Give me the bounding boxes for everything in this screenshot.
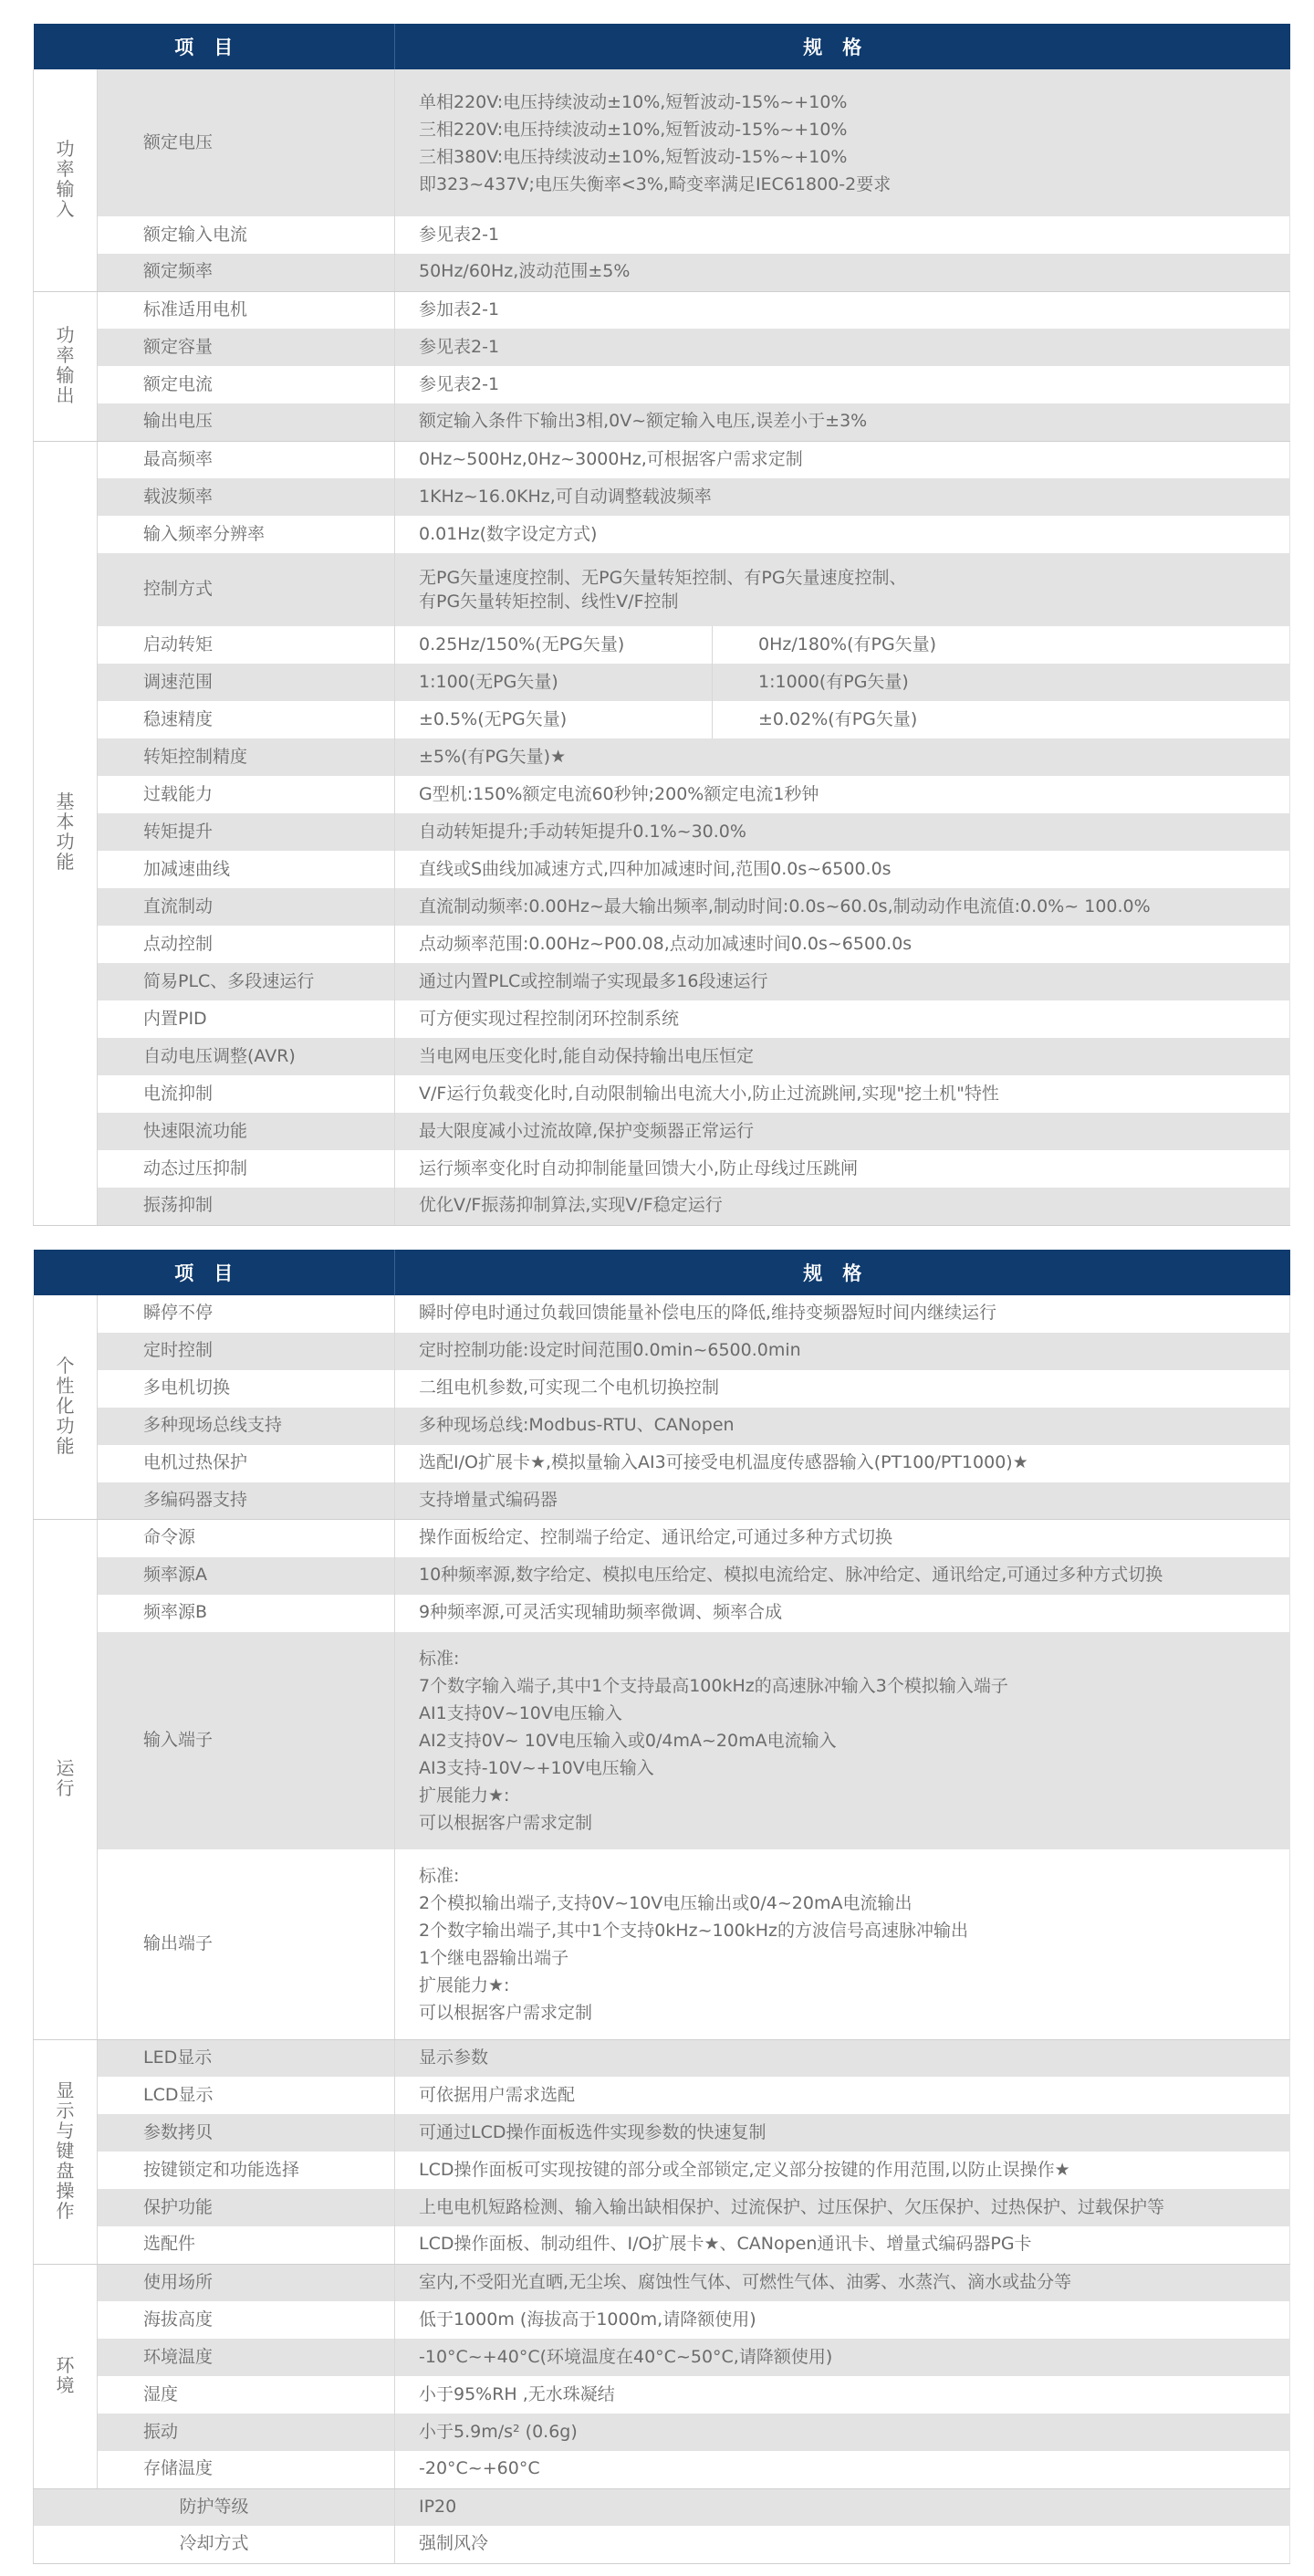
row-label: 启动转矩	[98, 626, 395, 664]
table-row: 功率输入 额定电压 单相220V:电压持续波动±10%,短暂波动-15%~+10…	[34, 69, 1290, 216]
row-label: 最高频率	[98, 441, 395, 478]
row-label: 额定频率	[98, 254, 395, 291]
row-value: 参见表2-1	[395, 329, 1290, 366]
table-row: 频率源B 9种频率源,可灵活实现辅助频率微调、频率合成	[34, 1595, 1290, 1632]
row-label: 转矩控制精度	[98, 738, 395, 776]
row-value: -20°C~+60°C	[395, 2451, 1290, 2488]
row-label: 电机过热保护	[98, 1445, 395, 1482]
row-value: 支持增量式编码器	[395, 1482, 1290, 1520]
row-label: 多种现场总线支持	[98, 1408, 395, 1445]
table-row: 冷却方式 强制风冷	[34, 2526, 1290, 2563]
row-value: 额定输入条件下输出3相,0V~额定输入电压,误差小于±3%	[395, 403, 1290, 441]
row-label: 额定输入电流	[98, 216, 395, 254]
row-value: 参加表2-1	[395, 291, 1290, 329]
row-label: 动态过压抑制	[98, 1150, 395, 1188]
row-label: 使用场所	[98, 2264, 395, 2301]
table-row: 转矩控制精度 ±5%(有PG矢量)★	[34, 738, 1290, 776]
table-row: 控制方式 无PG矢量速度控制、无PG矢量转矩控制、有PG矢量速度控制、 有PG矢…	[34, 553, 1290, 626]
table-row: 直流制动 直流制动频率:0.00Hz~最大输出频率,制动时间:0.0s~60.0…	[34, 888, 1290, 926]
row-value: 参见表2-1	[395, 366, 1290, 403]
row-value-b: 1:1000(有PG矢量)	[713, 664, 1290, 701]
row-value: 小于5.9m/s² (0.6g)	[395, 2414, 1290, 2451]
table-row: 内置PID 可方便实现过程控制闭环控制系统	[34, 1000, 1290, 1038]
row-label: 加减速曲线	[98, 851, 395, 888]
row-value: V/F运行负载变化时,自动限制输出电流大小,防止过流跳闸,实现"挖土机"特性	[395, 1075, 1290, 1113]
row-label: 输入频率分辨率	[98, 516, 395, 553]
row-value: 定时控制功能:设定时间范围0.0min~6500.0min	[395, 1333, 1290, 1370]
row-label: 多编码器支持	[98, 1482, 395, 1520]
table-row: 输入频率分辨率 0.01Hz(数字设定方式)	[34, 516, 1290, 553]
table-row: 功率输出 标准适用电机 参加表2-1	[34, 291, 1290, 329]
row-label: 振动	[98, 2414, 395, 2451]
group-operation: 运行	[34, 1520, 98, 2040]
group-basic-functions: 基本功能	[34, 441, 98, 1225]
table-row: 额定输入电流 参见表2-1	[34, 216, 1290, 254]
row-label: 冷却方式	[34, 2526, 395, 2563]
row-value: 二组电机参数,可实现二个电机切换控制	[395, 1370, 1290, 1408]
row-value: 点动频率范围:0.00Hz~P00.08,点动加减速时间0.0s~6500.0s	[395, 926, 1290, 963]
row-label: 频率源B	[98, 1595, 395, 1632]
table-row: 额定电流 参见表2-1	[34, 366, 1290, 403]
row-value: 参见表2-1	[395, 216, 1290, 254]
header-spec: 规格	[395, 24, 1290, 69]
row-label: 转矩提升	[98, 813, 395, 851]
row-value-a: 0.25Hz/150%(无PG矢量)	[395, 626, 713, 664]
row-label: 选配件	[98, 2226, 395, 2264]
row-label: 过载能力	[98, 776, 395, 813]
row-value: 0Hz~500Hz,0Hz~3000Hz,可根据客户需求定制	[395, 441, 1290, 478]
table-row: 动态过压抑制 运行频率变化时自动抑制能量回馈大小,防止母线过压跳闸	[34, 1150, 1290, 1188]
row-label: 频率源A	[98, 1557, 395, 1595]
row-value: 显示参数	[395, 2039, 1290, 2077]
table-row: 选配件 LCD操作面板、制动组件、I/O扩展卡★、CANopen通讯卡、增量式编…	[34, 2226, 1290, 2264]
row-value: 当电网电压变化时,能自动保持输出电压恒定	[395, 1038, 1290, 1075]
row-value: G型机:150%额定电流60秒钟;200%额定电流1秒钟	[395, 776, 1290, 813]
row-label: 简易PLC、多段速运行	[98, 963, 395, 1000]
table-row: 个性化功能 瞬停不停 瞬时停电时通过负载回馈能量补偿电压的降低,维持变频器短时间…	[34, 1295, 1290, 1333]
row-value: 通过内置PLC或控制端子实现最多16段速运行	[395, 963, 1290, 1000]
row-label: 保护功能	[98, 2189, 395, 2226]
row-label: 稳速精度	[98, 701, 395, 738]
row-value: 直流制动频率:0.00Hz~最大输出频率,制动时间:0.0s~60.0s,制动动…	[395, 888, 1290, 926]
row-value: 低于1000m (海拔高于1000m,请降额使用)	[395, 2301, 1290, 2339]
table-row: 运行 命令源 操作面板给定、控制端子给定、通讯给定,可通过多种方式切换	[34, 1520, 1290, 1557]
row-value: LCD操作面板、制动组件、I/O扩展卡★、CANopen通讯卡、增量式编码器PG…	[395, 2226, 1290, 2264]
row-label: 额定容量	[98, 329, 395, 366]
row-label: 快速限流功能	[98, 1113, 395, 1150]
table-row: 载波频率 1KHz~16.0KHz,可自动调整载波频率	[34, 478, 1290, 516]
table-row: 定时控制 定时控制功能:设定时间范围0.0min~6500.0min	[34, 1333, 1290, 1370]
row-label: 瞬停不停	[98, 1295, 395, 1333]
row-label: 输入端子	[98, 1632, 395, 1849]
table-header: 项目 规格	[34, 1250, 1290, 1295]
row-value: 室内,不受阳光直晒,无尘埃、腐蚀性气体、可燃性气体、油雾、水蒸汽、滴水或盐分等	[395, 2264, 1290, 2301]
table-row: 自动电压调整(AVR) 当电网电压变化时,能自动保持输出电压恒定	[34, 1038, 1290, 1075]
header-item: 项目	[34, 1250, 395, 1295]
row-label: 额定电流	[98, 366, 395, 403]
row-value: LCD操作面板可实现按键的部分或全部锁定,定义部分按键的作用范围,以防止误操作★	[395, 2152, 1290, 2189]
row-value-b: ±0.02%(有PG矢量)	[713, 701, 1290, 738]
row-value: 直线或S曲线加减速方式,四种加减速时间,范围0.0s~6500.0s	[395, 851, 1290, 888]
table-row: 输出端子 标准: 2个模拟输出端子,支持0V~10V电压输出或0/4~20mA电…	[34, 1849, 1290, 2040]
table-row: 频率源A 10种频率源,数字给定、模拟电压给定、模拟电流给定、脉冲给定、通讯给定…	[34, 1557, 1290, 1595]
table-row: 多种现场总线支持 多种现场总线:Modbus-RTU、CANopen	[34, 1408, 1290, 1445]
spec-table-1: 项目 规格 功率输入 额定电压 单相220V:电压持续波动±10%,短暂波动-1…	[33, 24, 1290, 1226]
table-row: 过载能力 G型机:150%额定电流60秒钟;200%额定电流1秒钟	[34, 776, 1290, 813]
table-row: 稳速精度 ±0.5%(无PG矢量) ±0.02%(有PG矢量)	[34, 701, 1290, 738]
row-label: LCD显示	[98, 2077, 395, 2114]
table-row: 保护功能 上电电机短路检测、输入输出缺相保护、过流保护、过压保护、欠压保护、过热…	[34, 2189, 1290, 2226]
row-label: 输出端子	[98, 1849, 395, 2040]
group-custom-functions: 个性化功能	[34, 1295, 98, 1520]
group-power-output: 功率输出	[34, 291, 98, 441]
table-row: 防护等级 IP20	[34, 2488, 1290, 2526]
row-value: 小于95%RH ,无水珠凝结	[395, 2376, 1290, 2414]
table-row: 电机过热保护 选配I/O扩展卡★,模拟量输入AI3可接受电机温度传感器输入(PT…	[34, 1445, 1290, 1482]
table-row: 多电机切换 二组电机参数,可实现二个电机切换控制	[34, 1370, 1290, 1408]
table-header: 项目 规格	[34, 24, 1290, 69]
row-value: 10种频率源,数字给定、模拟电压给定、模拟电流给定、脉冲给定、通讯给定,可通过多…	[395, 1557, 1290, 1595]
table-row: 额定频率 50Hz/60Hz,波动范围±5%	[34, 254, 1290, 291]
row-value: 1KHz~16.0KHz,可自动调整载波频率	[395, 478, 1290, 516]
row-value: 0.01Hz(数字设定方式)	[395, 516, 1290, 553]
row-value: 强制风冷	[395, 2526, 1290, 2563]
row-label: 命令源	[98, 1520, 395, 1557]
table-row: 显示与键盘操作 LED显示 显示参数	[34, 2039, 1290, 2077]
row-value: 上电电机短路检测、输入输出缺相保护、过流保护、过压保护、欠压保护、过热保护、过载…	[395, 2189, 1290, 2226]
row-label: 参数拷贝	[98, 2114, 395, 2152]
row-label: 自动电压调整(AVR)	[98, 1038, 395, 1075]
table-row: 湿度 小于95%RH ,无水珠凝结	[34, 2376, 1290, 2414]
group-display-keyboard: 显示与键盘操作	[34, 2039, 98, 2264]
row-label: 振荡抑制	[98, 1188, 395, 1225]
row-value: 优化V/F振荡抑制算法,实现V/F稳定运行	[395, 1188, 1290, 1225]
row-value: 瞬时停电时通过负载回馈能量补偿电压的降低,维持变频器短时间内继续运行	[395, 1295, 1290, 1333]
row-label: 环境温度	[98, 2339, 395, 2376]
row-label: 额定电压	[98, 69, 395, 216]
row-value: ±5%(有PG矢量)★	[395, 738, 1290, 776]
row-label: 点动控制	[98, 926, 395, 963]
table-row: 调速范围 1:100(无PG矢量) 1:1000(有PG矢量)	[34, 664, 1290, 701]
row-value: 无PG矢量速度控制、无PG矢量转矩控制、有PG矢量速度控制、 有PG矢量转矩控制…	[395, 553, 1290, 626]
table-row: 转矩提升 自动转矩提升;手动转矩提升0.1%~30.0%	[34, 813, 1290, 851]
row-value-b: 0Hz/180%(有PG矢量)	[713, 626, 1290, 664]
table-row: 环境温度 -10°C~+40°C(环境温度在40°C~50°C,请降额使用)	[34, 2339, 1290, 2376]
row-value: -10°C~+40°C(环境温度在40°C~50°C,请降额使用)	[395, 2339, 1290, 2376]
table-row: 环境 使用场所 室内,不受阳光直晒,无尘埃、腐蚀性气体、可燃性气体、油雾、水蒸汽…	[34, 2264, 1290, 2301]
row-value: 最大限度减小过流故障,保护变频器正常运行	[395, 1113, 1290, 1150]
row-label: 标准适用电机	[98, 291, 395, 329]
table-row: LCD显示 可依据用户需求选配	[34, 2077, 1290, 2114]
group-power-input: 功率输入	[34, 69, 98, 291]
table-row: 启动转矩 0.25Hz/150%(无PG矢量) 0Hz/180%(有PG矢量)	[34, 626, 1290, 664]
row-value: 标准: 2个模拟输出端子,支持0V~10V电压输出或0/4~20mA电流输出 2…	[395, 1849, 1290, 2040]
row-label: 载波频率	[98, 478, 395, 516]
row-label: 海拔高度	[98, 2301, 395, 2339]
header-item: 项目	[34, 24, 395, 69]
table-row: 输出电压 额定输入条件下输出3相,0V~额定输入电压,误差小于±3%	[34, 403, 1290, 441]
row-value: 自动转矩提升;手动转矩提升0.1%~30.0%	[395, 813, 1290, 851]
header-spec: 规格	[395, 1250, 1290, 1295]
table-row: 多编码器支持 支持增量式编码器	[34, 1482, 1290, 1520]
table-row: 振动 小于5.9m/s² (0.6g)	[34, 2414, 1290, 2451]
row-label: 定时控制	[98, 1333, 395, 1370]
row-value: 可依据用户需求选配	[395, 2077, 1290, 2114]
row-value-a: 1:100(无PG矢量)	[395, 664, 713, 701]
table-row: 加减速曲线 直线或S曲线加减速方式,四种加减速时间,范围0.0s~6500.0s	[34, 851, 1290, 888]
row-label: 按键锁定和功能选择	[98, 2152, 395, 2189]
row-label: 防护等级	[34, 2488, 395, 2526]
table-row: 基本功能 最高频率 0Hz~500Hz,0Hz~3000Hz,可根据客户需求定制	[34, 441, 1290, 478]
spec-table-2: 项目 规格 个性化功能 瞬停不停 瞬时停电时通过负载回馈能量补偿电压的降低,维持…	[33, 1250, 1290, 2564]
row-label: 湿度	[98, 2376, 395, 2414]
row-label: LED显示	[98, 2039, 395, 2077]
row-label: 直流制动	[98, 888, 395, 926]
row-label: 多电机切换	[98, 1370, 395, 1408]
row-label: 存储温度	[98, 2451, 395, 2488]
table-row: 海拔高度 低于1000m (海拔高于1000m,请降额使用)	[34, 2301, 1290, 2339]
row-value: 选配I/O扩展卡★,模拟量输入AI3可接受电机温度传感器输入(PT100/PT1…	[395, 1445, 1290, 1482]
table-row: 额定容量 参见表2-1	[34, 329, 1290, 366]
table-row: 快速限流功能 最大限度减小过流故障,保护变频器正常运行	[34, 1113, 1290, 1150]
row-label: 内置PID	[98, 1000, 395, 1038]
row-label: 调速范围	[98, 664, 395, 701]
row-value: 50Hz/60Hz,波动范围±5%	[395, 254, 1290, 291]
row-label: 控制方式	[98, 553, 395, 626]
row-value: 单相220V:电压持续波动±10%,短暂波动-15%~+10% 三相220V:电…	[395, 69, 1290, 216]
table-row: 参数拷贝 可通过LCD操作面板选件实现参数的快速复制	[34, 2114, 1290, 2152]
row-value: 操作面板给定、控制端子给定、通讯给定,可通过多种方式切换	[395, 1520, 1290, 1557]
table-row: 电流抑制 V/F运行负载变化时,自动限制输出电流大小,防止过流跳闸,实现"挖土机…	[34, 1075, 1290, 1113]
row-value: 可方便实现过程控制闭环控制系统	[395, 1000, 1290, 1038]
table-row: 振荡抑制 优化V/F振荡抑制算法,实现V/F稳定运行	[34, 1188, 1290, 1225]
row-label: 输出电压	[98, 403, 395, 441]
row-value: 可通过LCD操作面板选件实现参数的快速复制	[395, 2114, 1290, 2152]
group-environment: 环境	[34, 2264, 98, 2488]
row-value: 标准: 7个数字输入端子,其中1个支持最高100kHz的高速脉冲输入3个模拟输入…	[395, 1632, 1290, 1849]
row-value: 多种现场总线:Modbus-RTU、CANopen	[395, 1408, 1290, 1445]
row-value: 9种频率源,可灵活实现辅助频率微调、频率合成	[395, 1595, 1290, 1632]
table-row: 简易PLC、多段速运行 通过内置PLC或控制端子实现最多16段速运行	[34, 963, 1290, 1000]
row-label: 电流抑制	[98, 1075, 395, 1113]
table-row: 点动控制 点动频率范围:0.00Hz~P00.08,点动加减速时间0.0s~65…	[34, 926, 1290, 963]
row-value-a: ±0.5%(无PG矢量)	[395, 701, 713, 738]
row-value: IP20	[395, 2488, 1290, 2526]
table-row: 按键锁定和功能选择 LCD操作面板可实现按键的部分或全部锁定,定义部分按键的作用…	[34, 2152, 1290, 2189]
row-value: 运行频率变化时自动抑制能量回馈大小,防止母线过压跳闸	[395, 1150, 1290, 1188]
table-row: 存储温度 -20°C~+60°C	[34, 2451, 1290, 2488]
table-row: 输入端子 标准: 7个数字输入端子,其中1个支持最高100kHz的高速脉冲输入3…	[34, 1632, 1290, 1849]
